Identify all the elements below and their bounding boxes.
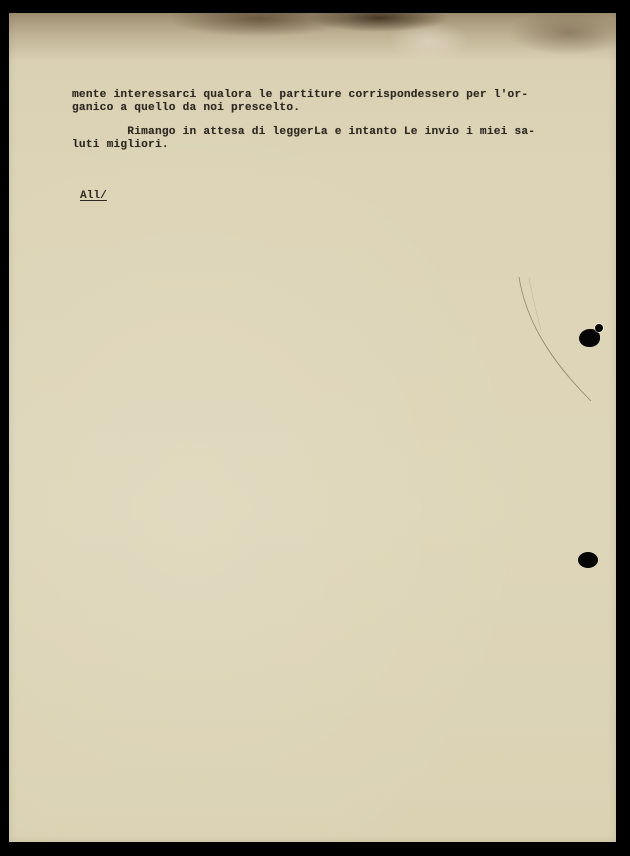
punch-hole-upper xyxy=(579,329,600,347)
punch-hole-lower xyxy=(578,552,598,568)
text-line: ganico a quello da noi prescelto. xyxy=(72,102,300,114)
paragraph-salutation: Rimango in attesa di leggerLa e intanto … xyxy=(72,126,562,151)
text-line: mente interessarci qualora le partiture … xyxy=(72,89,528,101)
paragraph-closing-continuation: mente interessarci qualora le partiture … xyxy=(72,89,562,114)
text-line: Rimango in attesa di leggerLa e intanto … xyxy=(72,126,535,138)
document-page: mente interessarci qualora le partiture … xyxy=(9,13,616,842)
letter-body: mente interessarci qualora le partiture … xyxy=(72,89,562,151)
water-stain xyxy=(9,13,616,61)
text-line: luti migliori. xyxy=(72,139,169,151)
attachment-label: All/ xyxy=(80,190,107,202)
